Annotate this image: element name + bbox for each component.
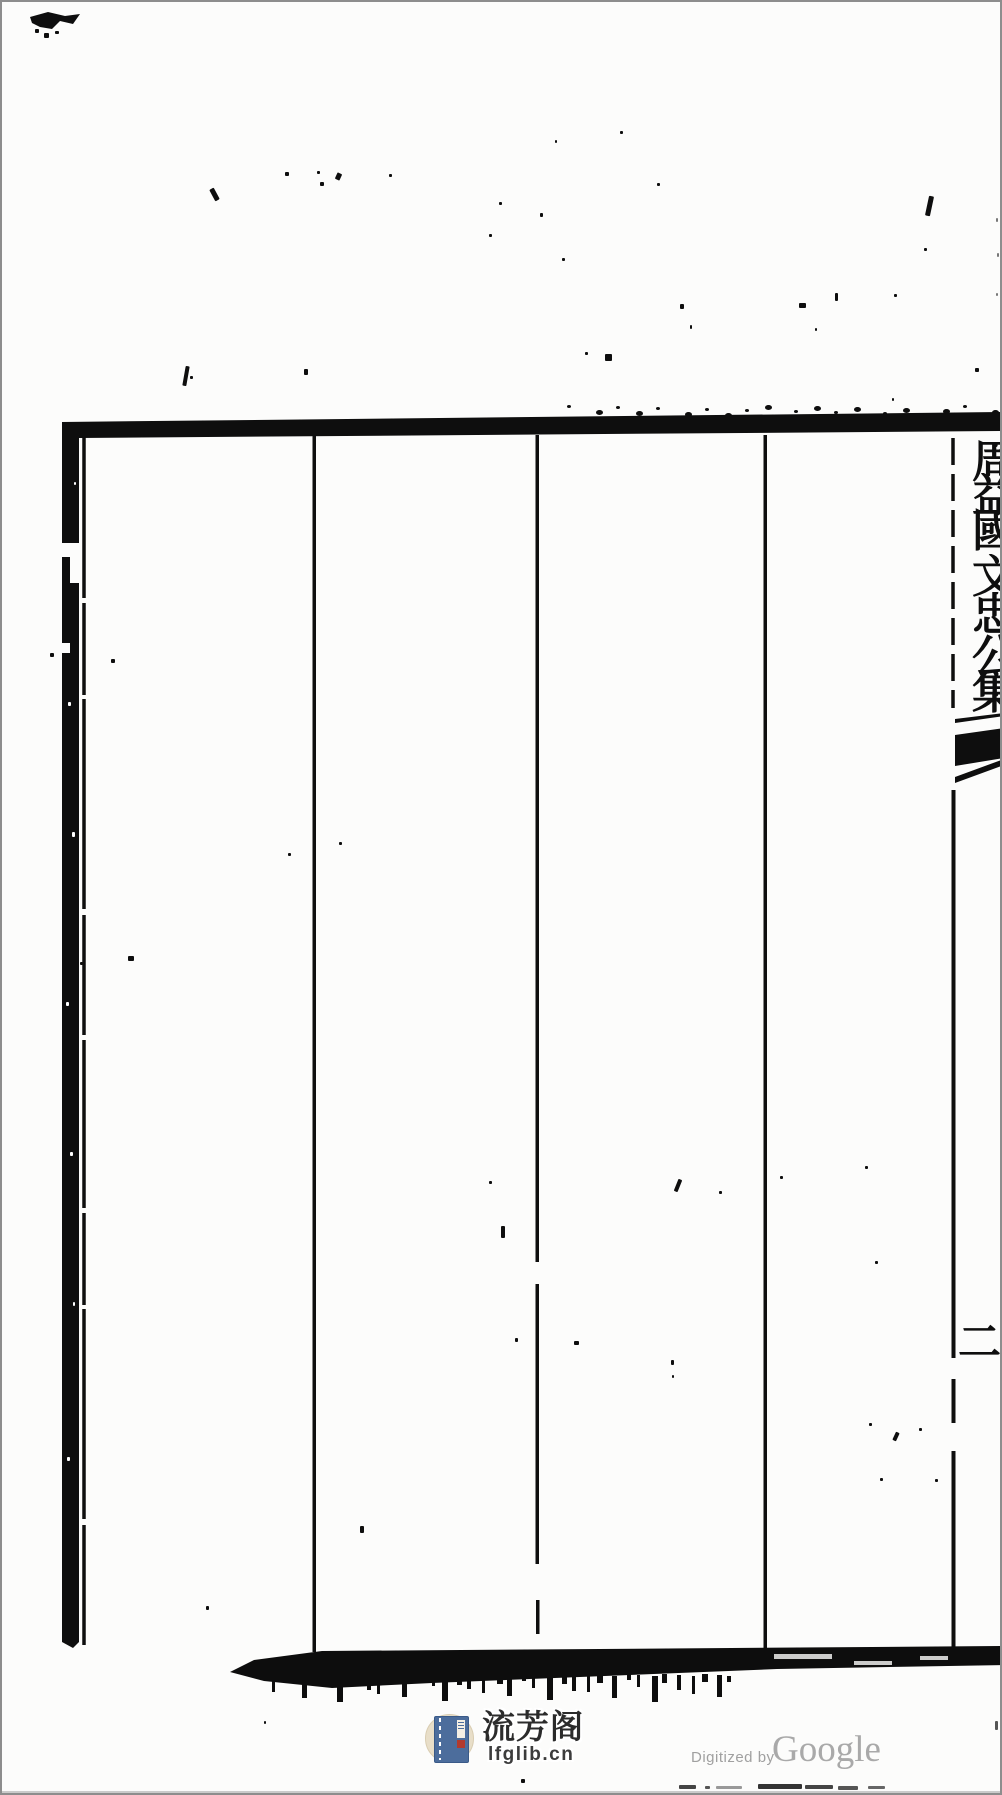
ink-speck xyxy=(995,1721,998,1730)
ink-drip xyxy=(612,1676,617,1698)
scanned-book-page: 周 益 國 文 忠 公 集 二 流芳阁 lfglib.cn Digitized … xyxy=(0,0,1002,1795)
book-title-label xyxy=(457,1720,465,1738)
ink-clump xyxy=(903,408,910,413)
ink-speck xyxy=(66,1002,69,1006)
ink-speck xyxy=(780,1176,783,1179)
ink-speck xyxy=(919,1428,922,1431)
ink-speck xyxy=(875,1261,878,1264)
google-logo: Google xyxy=(772,1728,881,1771)
ink-speck xyxy=(128,956,134,961)
ink-speck xyxy=(111,659,115,663)
ink-speck xyxy=(67,1457,70,1461)
ink-speck xyxy=(835,293,838,301)
ink-clump xyxy=(765,405,772,410)
ink-drip xyxy=(662,1674,667,1683)
ink-speck xyxy=(716,1786,742,1789)
ink-drip xyxy=(377,1676,380,1694)
ink-clump xyxy=(854,407,861,412)
ink-drip xyxy=(717,1675,722,1697)
ink-speck xyxy=(285,172,289,176)
ink-drip xyxy=(507,1674,512,1696)
watermark-site-url: lfglib.cn xyxy=(488,1744,574,1766)
ink-clump xyxy=(794,410,798,413)
ink-drip xyxy=(702,1674,708,1682)
ink-speck xyxy=(339,842,342,845)
ink-speck xyxy=(924,248,927,251)
ink-noise-layer xyxy=(2,2,1002,1795)
ink-drip xyxy=(302,1676,307,1698)
book-red-seal xyxy=(457,1740,465,1748)
ink-clump xyxy=(814,406,821,411)
ink-speck xyxy=(758,1784,802,1789)
banxin-page-number: 二 xyxy=(958,1321,1002,1369)
ink-speck xyxy=(705,1786,710,1789)
ink-speck xyxy=(70,1152,73,1156)
ink-speck xyxy=(72,832,75,837)
ink-speck xyxy=(690,325,692,329)
ink-drip xyxy=(327,1675,330,1687)
ink-drip xyxy=(587,1674,590,1692)
ink-drip xyxy=(457,1676,462,1685)
ink-drip xyxy=(392,1674,398,1682)
banxin-title-char-3: 國 xyxy=(972,508,1002,554)
ink-clump xyxy=(923,413,927,416)
ink-speck xyxy=(317,171,320,174)
ink-speck xyxy=(73,1302,75,1306)
ink-speck xyxy=(719,1191,722,1194)
ink-speck xyxy=(996,218,998,222)
ink-speck xyxy=(657,183,660,186)
ink-speck xyxy=(182,366,189,386)
ink-speck xyxy=(499,202,502,205)
ink-clump xyxy=(685,412,692,417)
ink-drip xyxy=(522,1675,526,1681)
ink-speck xyxy=(892,398,894,401)
ink-speck xyxy=(975,368,979,372)
ink-speck xyxy=(304,369,308,375)
ink-speck xyxy=(868,1786,885,1789)
ink-speck xyxy=(206,1606,209,1610)
ink-speck xyxy=(894,294,897,297)
banxin-title-char-5: 忠 xyxy=(972,592,1002,638)
ink-speck xyxy=(935,1479,938,1482)
ink-clump xyxy=(992,410,999,415)
ink-drip xyxy=(532,1676,535,1688)
ink-speck xyxy=(892,1432,899,1442)
ink-speck xyxy=(288,853,291,856)
ink-speck xyxy=(68,702,71,706)
ink-drip xyxy=(727,1676,731,1682)
ink-drip xyxy=(402,1675,407,1697)
ink-clump xyxy=(883,412,887,415)
watermark-site-name: 流芳阁 xyxy=(482,1708,592,1746)
ink-drip xyxy=(547,1674,553,1700)
ink-speck xyxy=(521,1779,525,1783)
ink-speck xyxy=(838,1786,858,1790)
ink-speck xyxy=(605,354,612,361)
ink-clump xyxy=(616,406,620,409)
ink-speck xyxy=(680,304,684,309)
ink-drip xyxy=(597,1675,603,1683)
ink-speck xyxy=(815,328,817,331)
ink-clump xyxy=(963,405,967,408)
ink-speck xyxy=(880,1478,883,1481)
ink-drip xyxy=(417,1676,421,1682)
ink-speck xyxy=(360,1526,364,1533)
ink-speck xyxy=(515,1338,518,1342)
digitized-by-label: Digitized by xyxy=(691,1749,775,1766)
ink-drip xyxy=(692,1676,695,1694)
ink-clump xyxy=(943,409,950,414)
ink-speck xyxy=(489,234,492,237)
ink-clump xyxy=(725,413,732,418)
ink-speck xyxy=(540,213,543,217)
ink-drip xyxy=(312,1674,316,1680)
ink-drip xyxy=(482,1675,485,1693)
ink-drip xyxy=(562,1675,567,1684)
ink-speck xyxy=(672,1375,674,1378)
ink-clump xyxy=(567,405,571,408)
ink-speck xyxy=(50,653,54,657)
stitched-book-icon xyxy=(434,1716,469,1763)
ink-speck xyxy=(35,29,39,33)
ink-speck xyxy=(997,253,999,257)
ink-drip xyxy=(637,1675,640,1687)
ink-speck xyxy=(562,258,565,261)
ink-clump xyxy=(834,411,838,414)
ink-drip xyxy=(287,1675,293,1683)
ink-speck xyxy=(335,172,342,180)
ink-speck xyxy=(501,1226,505,1238)
ink-drip xyxy=(367,1675,371,1690)
ink-drip xyxy=(652,1676,658,1702)
ink-clump xyxy=(745,409,749,412)
ink-speck xyxy=(44,33,49,38)
ink-drip xyxy=(272,1674,275,1692)
ink-speck xyxy=(389,174,392,177)
ink-speck xyxy=(869,1423,872,1426)
ink-drip xyxy=(467,1674,471,1689)
ink-clump xyxy=(636,411,643,416)
ink-speck xyxy=(679,1785,696,1789)
ink-speck xyxy=(671,1360,674,1365)
ink-speck xyxy=(489,1181,492,1184)
ink-speck xyxy=(55,31,59,34)
ink-speck xyxy=(80,962,83,965)
scan-bottom-strip xyxy=(2,1791,1002,1795)
ink-drip xyxy=(572,1676,576,1691)
ink-speck xyxy=(925,196,934,217)
ink-speck xyxy=(209,188,220,202)
ink-drip xyxy=(352,1674,357,1683)
ink-speck xyxy=(996,293,998,296)
ink-drip xyxy=(497,1676,503,1684)
ink-speck xyxy=(585,352,588,355)
book-stitch-line xyxy=(439,1718,441,1760)
ink-speck xyxy=(674,1179,683,1193)
ink-speck xyxy=(320,182,324,186)
ink-speck xyxy=(574,1341,579,1345)
ink-drip xyxy=(677,1675,681,1690)
ink-speck xyxy=(555,140,557,143)
ink-clump xyxy=(596,410,603,415)
ink-drip xyxy=(432,1674,435,1686)
ink-speck xyxy=(799,303,806,308)
ink-drip xyxy=(627,1674,631,1680)
ink-speck xyxy=(32,18,35,21)
ink-clump xyxy=(705,408,709,411)
ink-speck xyxy=(74,482,76,485)
banxin-title-char-7: 集 xyxy=(972,670,1002,716)
ink-drip xyxy=(337,1676,343,1702)
ink-speck xyxy=(865,1166,868,1169)
ink-drip xyxy=(442,1675,448,1701)
ink-speck xyxy=(264,1721,266,1724)
ink-clump xyxy=(656,407,660,410)
ink-speck xyxy=(190,376,193,379)
ink-speck xyxy=(805,1785,833,1789)
ink-speck xyxy=(620,131,623,134)
